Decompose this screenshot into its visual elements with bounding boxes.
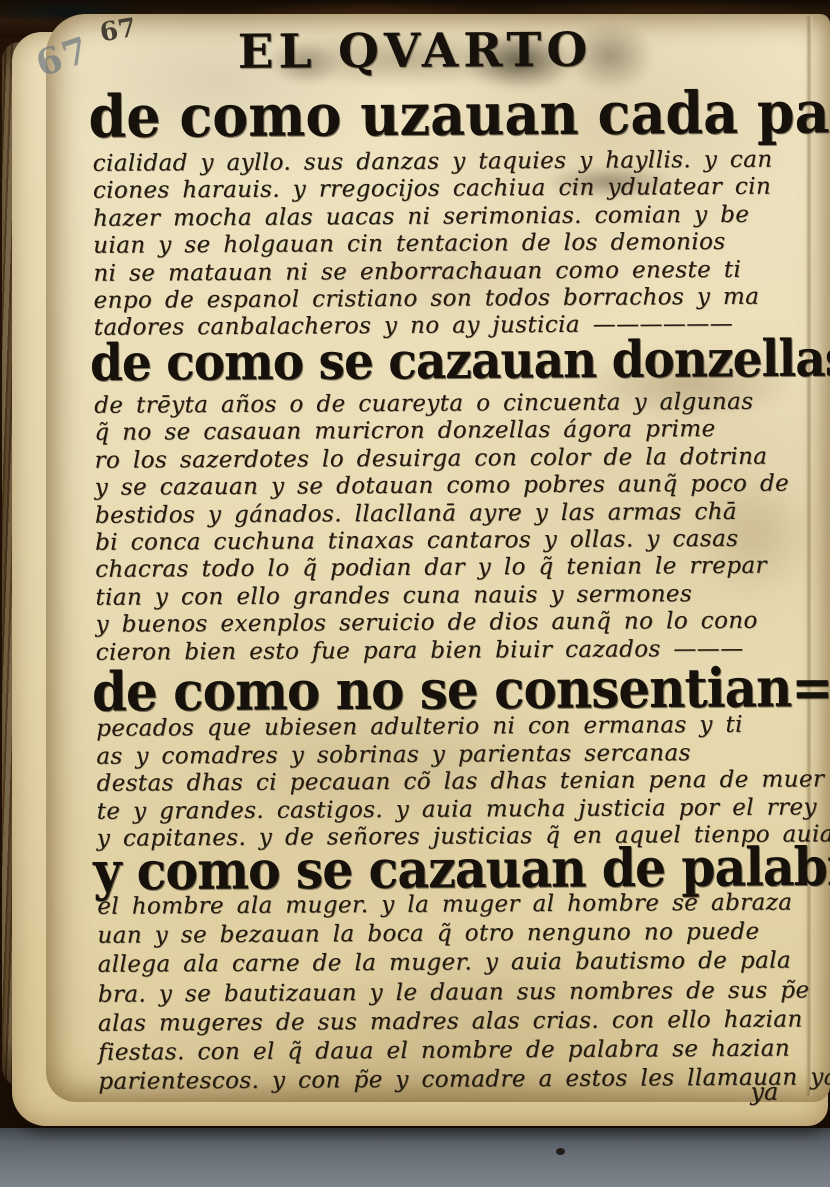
section-body-4: el hombre ala muger. y la muger al hombr… xyxy=(97,888,828,1097)
section-body-2: de trēyta años o de cuareyta o cincuenta… xyxy=(94,388,826,667)
text-line: y se cazauan y se dotauan como pobres au… xyxy=(95,471,825,503)
text-line: fiestas. con el q̃ daua el nombre de pal… xyxy=(98,1034,828,1068)
page-text: 67 67 EL QVARTO de como uzauan cada par … xyxy=(0,0,830,1187)
text-line: pecados que ubiesen adulterio ni con erm… xyxy=(96,711,826,743)
catchword: ya xyxy=(750,1078,778,1106)
text-line: destas dhas ci pecauan cõ las dhas tenia… xyxy=(96,767,826,799)
page-title: EL QVARTO xyxy=(0,21,830,81)
manuscript-photo: 67 67 EL QVARTO de como uzauan cada par … xyxy=(0,0,830,1187)
text-line: allega ala carne de la muger. y auia bau… xyxy=(98,947,828,981)
text-line: uan y se bezauan la boca q̃ otro nenguno… xyxy=(97,918,827,952)
text-line: alas mugeres de sus madres alas crias. c… xyxy=(98,1005,828,1039)
text-line: bra. y se bautizauan y le dauan sus nomb… xyxy=(98,976,828,1010)
section-heading-1: de como uzauan cada par xyxy=(88,77,830,151)
text-line: ciones harauis. y rregocijos cachiua cin… xyxy=(93,174,823,206)
text-line: uian y se holgauan cin tentacion de los … xyxy=(93,229,823,261)
section-body-3: pecados que ubiesen adulterio ni con erm… xyxy=(96,711,827,853)
section-body-1: cialidad y ayllo. sus danzas y taquies y… xyxy=(93,146,824,342)
text-line: el hombre ala muger. y la muger al hombr… xyxy=(97,888,827,922)
text-line: chacras todo lo q̃ podian dar y lo q̃ te… xyxy=(95,553,825,585)
text-line: parientescos. y con p̃e y comadre a esto… xyxy=(98,1064,828,1098)
text-line: as y comadres y sobrinas y parientas ser… xyxy=(96,739,826,771)
section-heading-2: de como se cazauan donzellas xyxy=(90,329,830,393)
text-line: q̃ no se casauan muricron donzellas ágor… xyxy=(94,416,824,448)
text-line: y buenos exenplos seruicio de dios aunq̃… xyxy=(95,608,825,640)
text-line: te y grandes. castigos. y auia mucha jus… xyxy=(97,794,827,826)
